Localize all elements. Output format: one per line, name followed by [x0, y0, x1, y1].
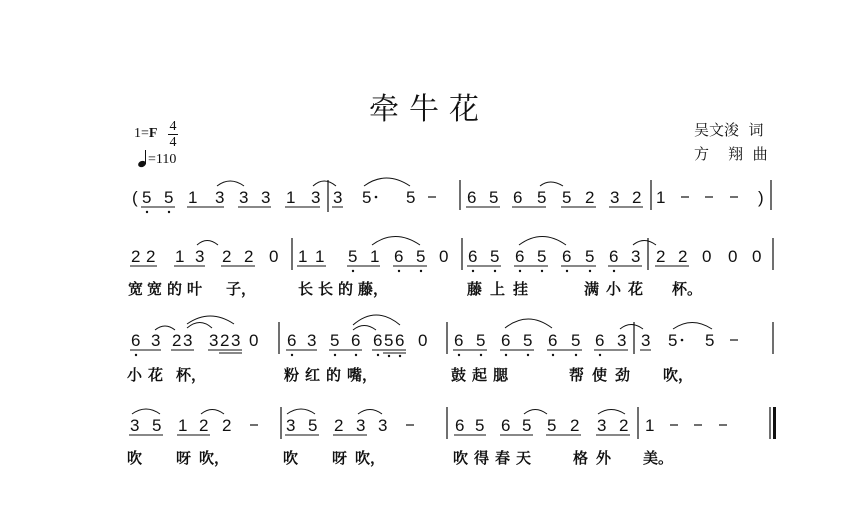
- svg-text:5: 5: [152, 416, 161, 435]
- svg-text:3: 3: [183, 331, 192, 350]
- svg-text:3: 3: [195, 247, 204, 266]
- svg-text:春: 春: [495, 449, 510, 467]
- svg-text:5: 5: [547, 416, 556, 435]
- svg-text:长: 长: [318, 280, 333, 298]
- svg-text:宽: 宽: [128, 280, 143, 298]
- svg-text:6: 6: [455, 416, 464, 435]
- svg-text:嘴，: 嘴，: [347, 366, 377, 385]
- svg-text:1: 1: [175, 247, 184, 266]
- svg-text:吹，: 吹，: [199, 449, 229, 468]
- svg-text:得: 得: [474, 449, 489, 467]
- svg-text:2: 2: [585, 188, 594, 207]
- svg-text:5: 5: [384, 331, 393, 350]
- svg-text:腮: 腮: [493, 366, 509, 384]
- svg-text:的: 的: [167, 280, 182, 298]
- svg-text:上: 上: [490, 280, 505, 298]
- svg-text:宽: 宽: [147, 280, 162, 298]
- svg-text:吹: 吹: [127, 449, 142, 467]
- svg-text:5: 5: [308, 416, 317, 435]
- svg-text:2: 2: [172, 331, 181, 350]
- svg-text:5: 5: [330, 331, 339, 350]
- svg-text:叶: 叶: [187, 280, 203, 298]
- svg-text:3: 3: [261, 188, 270, 207]
- svg-text:5: 5: [489, 188, 498, 207]
- svg-text:1: 1: [188, 188, 197, 207]
- svg-text:2: 2: [131, 247, 140, 266]
- svg-text:呀: 呀: [176, 449, 191, 467]
- svg-text:0: 0: [418, 331, 427, 350]
- svg-text:花: 花: [627, 280, 643, 298]
- svg-text:子，: 子，: [226, 280, 256, 299]
- svg-text:6: 6: [454, 331, 463, 350]
- svg-text:6: 6: [373, 331, 382, 350]
- svg-text:2: 2: [146, 247, 155, 266]
- svg-text:5: 5: [475, 416, 484, 435]
- svg-text:起: 起: [472, 366, 487, 384]
- svg-text:6: 6: [394, 247, 403, 266]
- svg-text:呀: 呀: [332, 449, 347, 467]
- svg-text:0: 0: [728, 247, 737, 266]
- svg-text:挂: 挂: [512, 280, 528, 298]
- svg-text:0: 0: [439, 247, 448, 266]
- svg-text:5: 5: [164, 188, 173, 207]
- svg-text:6: 6: [501, 416, 510, 435]
- svg-text:2: 2: [619, 416, 628, 435]
- svg-text:吹: 吹: [453, 449, 468, 467]
- svg-text:花: 花: [147, 366, 163, 384]
- svg-text:6: 6: [562, 247, 571, 266]
- svg-text:外: 外: [596, 449, 612, 467]
- svg-text:杯，: 杯，: [176, 366, 206, 385]
- svg-text:的: 的: [326, 366, 341, 384]
- svg-text:5: 5: [705, 331, 714, 350]
- score-notation: ( 55 13 33 13 3 5 5 65 65 52 32 1 ): [0, 0, 858, 524]
- svg-text:2: 2: [222, 247, 231, 266]
- svg-text:3: 3: [307, 331, 316, 350]
- svg-text:粉: 粉: [283, 366, 299, 384]
- svg-text:5: 5: [142, 188, 151, 207]
- svg-text:1: 1: [370, 247, 379, 266]
- svg-text:使: 使: [592, 366, 607, 384]
- svg-text:2: 2: [199, 416, 208, 435]
- svg-text:3: 3: [356, 416, 365, 435]
- svg-text:1: 1: [315, 247, 324, 266]
- svg-text:2: 2: [222, 416, 231, 435]
- svg-text:1: 1: [656, 188, 665, 207]
- system-1: ( 55 13 33 13 3 5 5 65 65 52 32 1 ): [132, 178, 771, 213]
- svg-text:2: 2: [678, 247, 687, 266]
- svg-text:3: 3: [151, 331, 160, 350]
- svg-text:3: 3: [231, 331, 240, 350]
- svg-text:0: 0: [249, 331, 258, 350]
- svg-text:3: 3: [610, 188, 619, 207]
- svg-text:6: 6: [467, 188, 476, 207]
- svg-text:3: 3: [333, 188, 342, 207]
- svg-text:5: 5: [522, 416, 531, 435]
- svg-text:红: 红: [305, 366, 320, 384]
- svg-text:0: 0: [702, 247, 711, 266]
- svg-text:3: 3: [239, 188, 248, 207]
- svg-text:5: 5: [668, 331, 677, 350]
- svg-text:3: 3: [378, 416, 387, 435]
- svg-text:2: 2: [570, 416, 579, 435]
- svg-text:吹: 吹: [283, 449, 298, 467]
- svg-text:5: 5: [362, 188, 371, 207]
- svg-text:6: 6: [609, 247, 618, 266]
- svg-text:): ): [758, 188, 764, 207]
- svg-text:长: 长: [298, 280, 313, 298]
- svg-text:3: 3: [597, 416, 606, 435]
- svg-text:1: 1: [645, 416, 654, 435]
- system-2: 22 13 22 0 11 51 65 0 65 65 65 63 22: [128, 237, 773, 300]
- svg-text:3: 3: [631, 247, 640, 266]
- svg-text:的: 的: [338, 280, 353, 298]
- svg-text:6: 6: [595, 331, 604, 350]
- svg-text:1: 1: [298, 247, 307, 266]
- svg-text:5: 5: [585, 247, 594, 266]
- svg-text:2: 2: [334, 416, 343, 435]
- svg-text:3: 3: [209, 331, 218, 350]
- svg-text:3: 3: [215, 188, 224, 207]
- svg-text:1: 1: [286, 188, 295, 207]
- svg-text:杯。: 杯。: [672, 280, 702, 298]
- svg-text:2: 2: [244, 247, 253, 266]
- svg-text:0: 0: [752, 247, 761, 266]
- svg-text:3: 3: [286, 416, 295, 435]
- svg-text:劲: 劲: [615, 366, 630, 384]
- svg-text:6: 6: [468, 247, 477, 266]
- svg-text:吹，: 吹，: [355, 449, 385, 468]
- svg-text:5: 5: [406, 188, 415, 207]
- svg-text:6: 6: [513, 188, 522, 207]
- svg-text:2: 2: [656, 247, 665, 266]
- svg-text:5: 5: [348, 247, 357, 266]
- svg-text:6: 6: [287, 331, 296, 350]
- svg-text:3: 3: [130, 416, 139, 435]
- svg-text:格: 格: [573, 449, 588, 467]
- svg-text:6: 6: [395, 331, 404, 350]
- svg-text:2: 2: [632, 188, 641, 207]
- svg-text:5: 5: [571, 331, 580, 350]
- svg-text:0: 0: [269, 247, 278, 266]
- svg-text:5: 5: [537, 247, 546, 266]
- svg-text:藤，: 藤，: [358, 280, 388, 299]
- svg-text:1: 1: [178, 416, 187, 435]
- svg-text:6: 6: [131, 331, 140, 350]
- svg-text:小: 小: [127, 366, 143, 384]
- svg-text:帮: 帮: [569, 366, 584, 384]
- svg-text:3: 3: [617, 331, 626, 350]
- svg-text:小: 小: [606, 280, 622, 298]
- svg-text:美。: 美。: [643, 449, 673, 467]
- svg-text:6: 6: [515, 247, 524, 266]
- svg-text:6: 6: [351, 331, 360, 350]
- svg-text:5: 5: [490, 247, 499, 266]
- svg-text:5: 5: [562, 188, 571, 207]
- svg-text:满: 满: [584, 280, 599, 298]
- svg-text:3: 3: [641, 331, 650, 350]
- system-3: 63 23 323 0 63 56 656 0 65 65 65: [127, 315, 773, 385]
- svg-text:3: 3: [311, 188, 320, 207]
- svg-text:5: 5: [523, 331, 532, 350]
- svg-text:6: 6: [548, 331, 557, 350]
- svg-text:5: 5: [476, 331, 485, 350]
- svg-text:5: 5: [537, 188, 546, 207]
- svg-text:藤: 藤: [467, 280, 482, 298]
- svg-text:(: (: [132, 188, 138, 207]
- svg-text:2: 2: [220, 331, 229, 350]
- svg-text:5: 5: [416, 247, 425, 266]
- system-4: 35 12 2 35 23 3 65 65 52 32 1 吹 呀吹，: [127, 407, 775, 468]
- svg-text:天: 天: [516, 449, 531, 467]
- svg-text:吹，: 吹，: [663, 366, 693, 385]
- svg-text:鼓: 鼓: [451, 366, 466, 384]
- svg-text:6: 6: [501, 331, 510, 350]
